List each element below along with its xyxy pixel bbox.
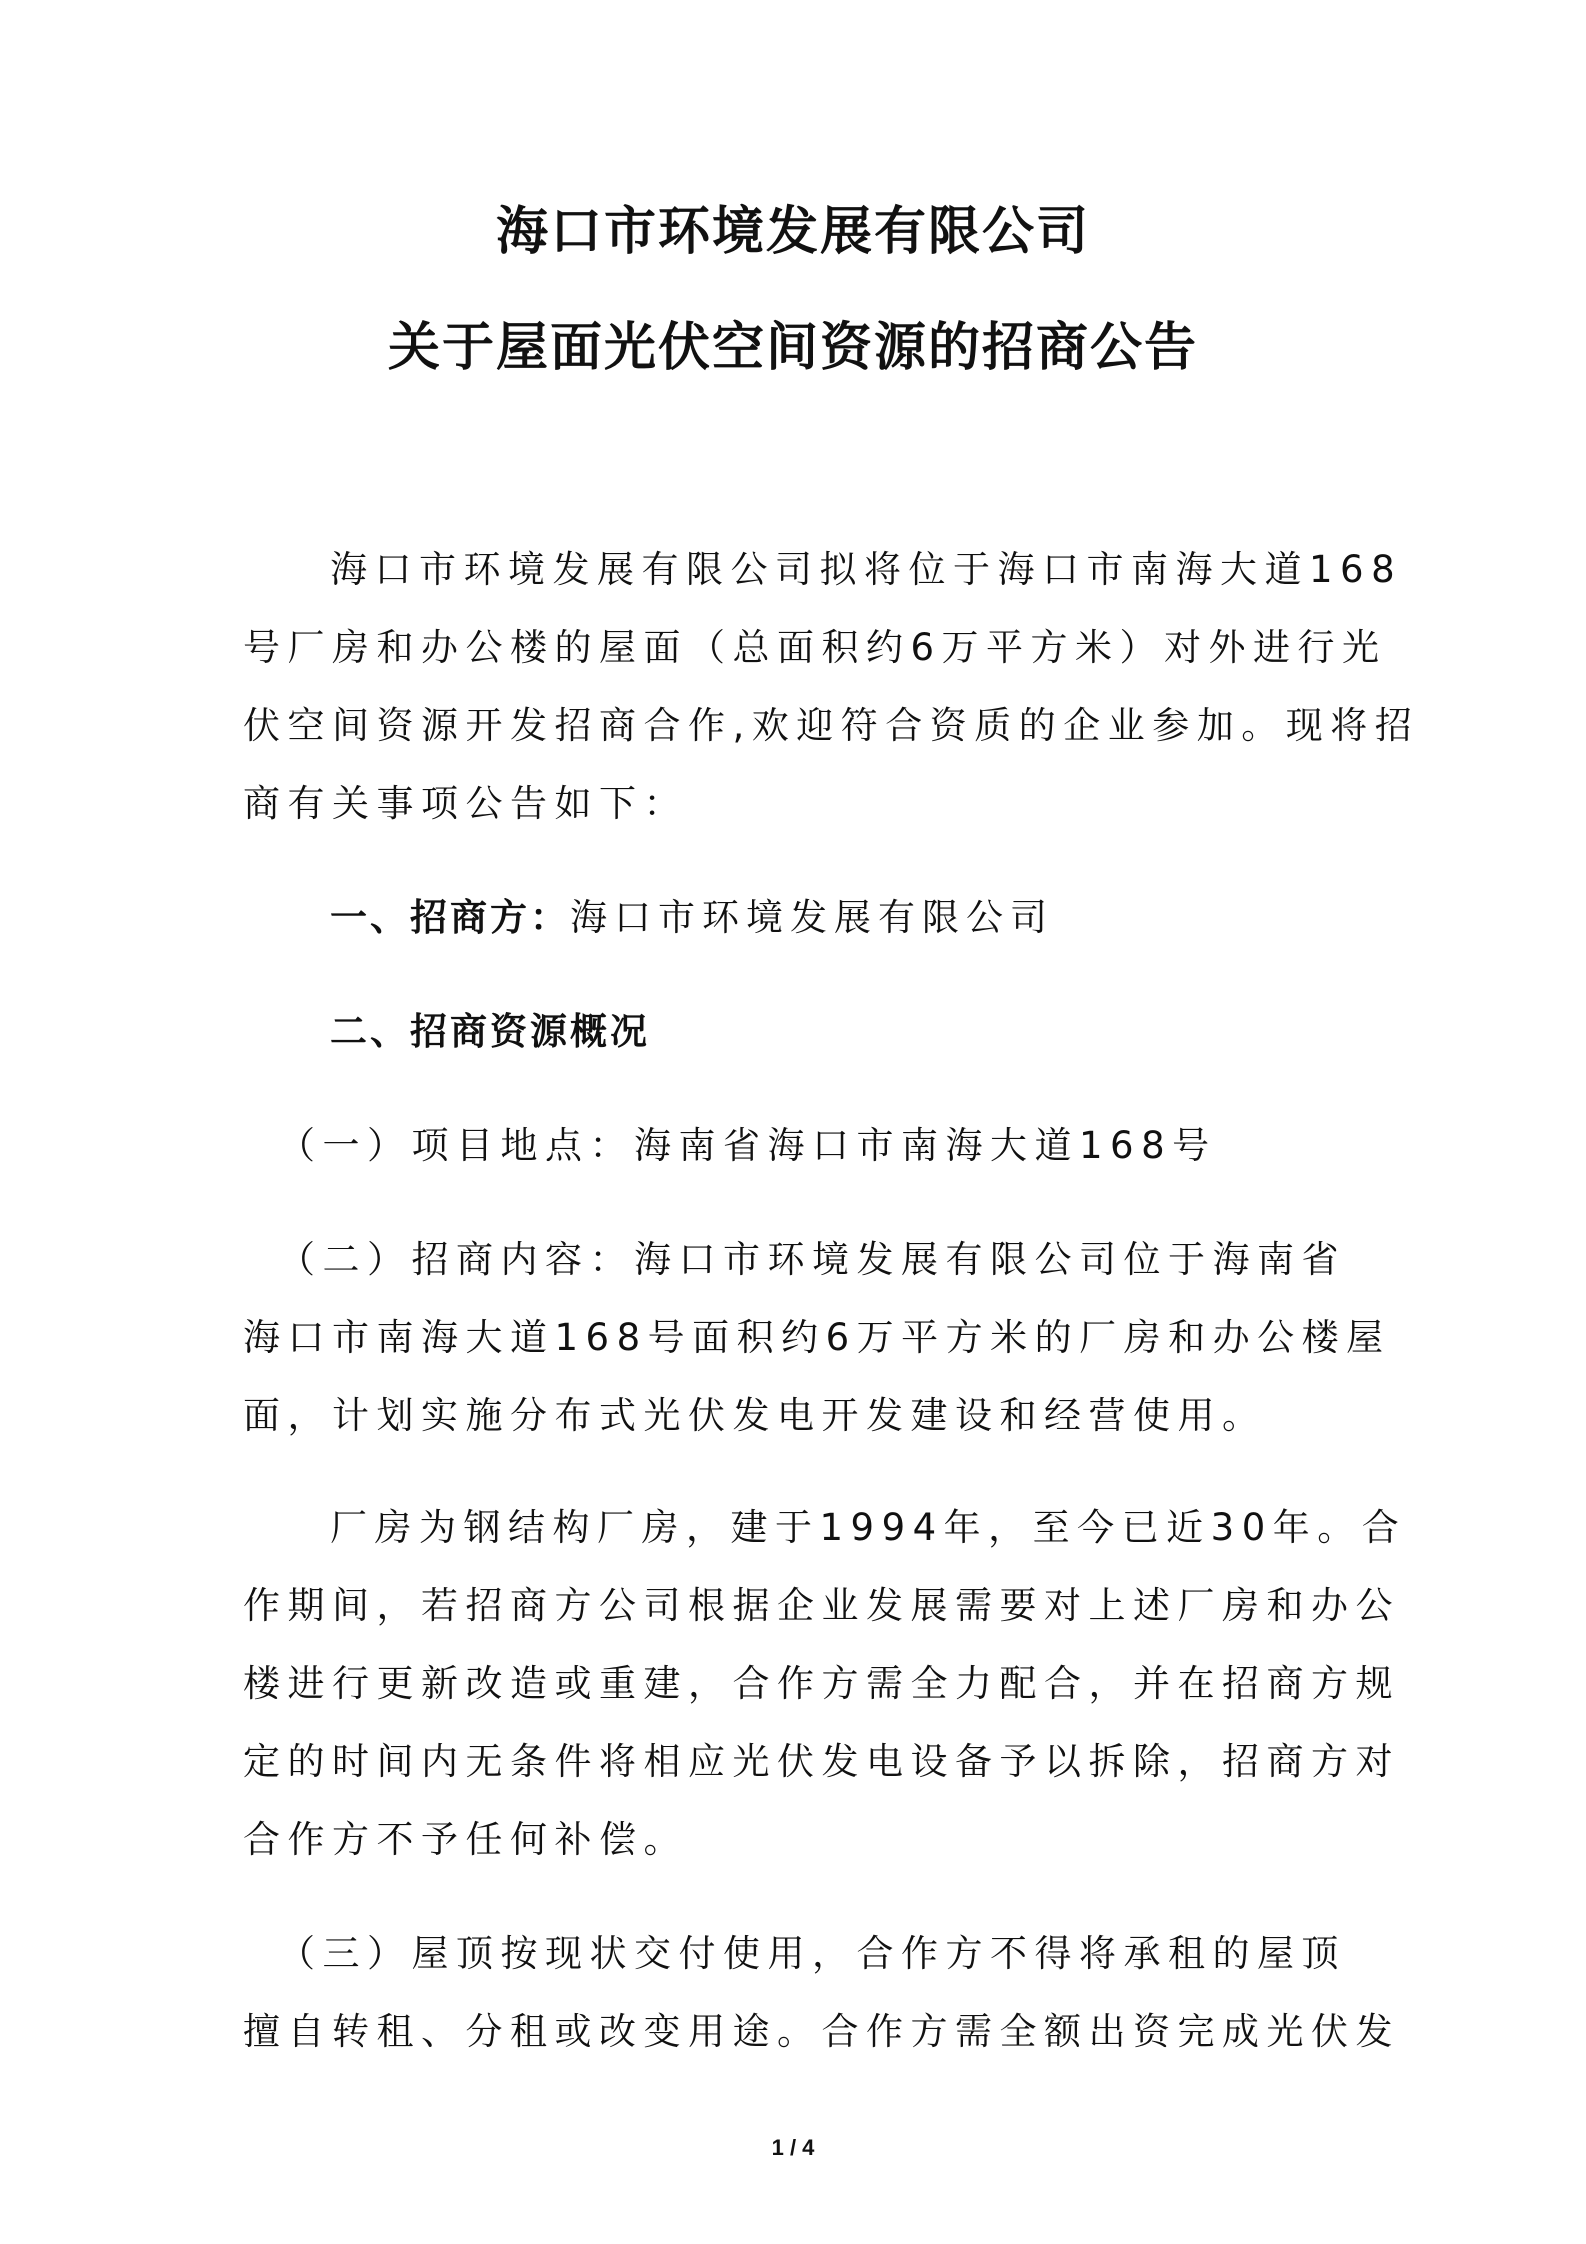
item-3-line-1: （三）屋顶按现状交付使用，合作方不得将承租的屋顶 (278, 1932, 1388, 1976)
intro-line-3: 伏空间资源开发招商合作,欢迎符合资质的企业参加。现将招 (243, 704, 1353, 748)
item-1-location: （一）项目地点：海南省海口市南海大道168号 (278, 1124, 1388, 1168)
title-announcement: 关于屋面光伏空间资源的招商公告 (0, 318, 1586, 378)
item-2-line-2: 海口市南海大道168号面积约6万平方米的厂房和办公楼屋 (243, 1316, 1353, 1360)
section-1: 一、招商方：海口市环境发展有限公司 (330, 896, 1353, 940)
item-2-line-3: 面，计划实施分布式光伏发电开发建设和经营使用。 (243, 1394, 1353, 1438)
intro-line-1: 海口市环境发展有限公司拟将位于海口市南海大道168 (330, 548, 1353, 592)
building-line-1: 厂房为钢结构厂房，建于1994年，至今已近30年。合 (330, 1506, 1353, 1550)
section-1-heading: 一、招商方： (330, 896, 570, 939)
intro-line-2: 号厂房和办公楼的屋面（总面积约6万平方米）对外进行光 (243, 626, 1353, 670)
page-number: 1 / 4 (0, 2135, 1586, 2161)
building-line-3: 楼进行更新改造或重建，合作方需全力配合，并在招商方规 (243, 1662, 1353, 1706)
item-3-line-2: 擅自转租、分租或改变用途。合作方需全额出资完成光伏发 (243, 2010, 1353, 2054)
title-company: 海口市环境发展有限公司 (0, 202, 1586, 262)
item-2-line-1: （二）招商内容：海口市环境发展有限公司位于海南省 (278, 1238, 1388, 1282)
building-line-4: 定的时间内无条件将相应光伏发电设备予以拆除，招商方对 (243, 1740, 1353, 1784)
intro-line-4: 商有关事项公告如下： (243, 782, 1353, 826)
section-1-value: 海口市环境发展有限公司 (570, 896, 1054, 939)
building-line-5: 合作方不予任何补偿。 (243, 1818, 1353, 1862)
building-line-2: 作期间，若招商方公司根据企业发展需要对上述厂房和办公 (243, 1584, 1353, 1628)
section-2-heading: 二、招商资源概况 (330, 1010, 1353, 1054)
